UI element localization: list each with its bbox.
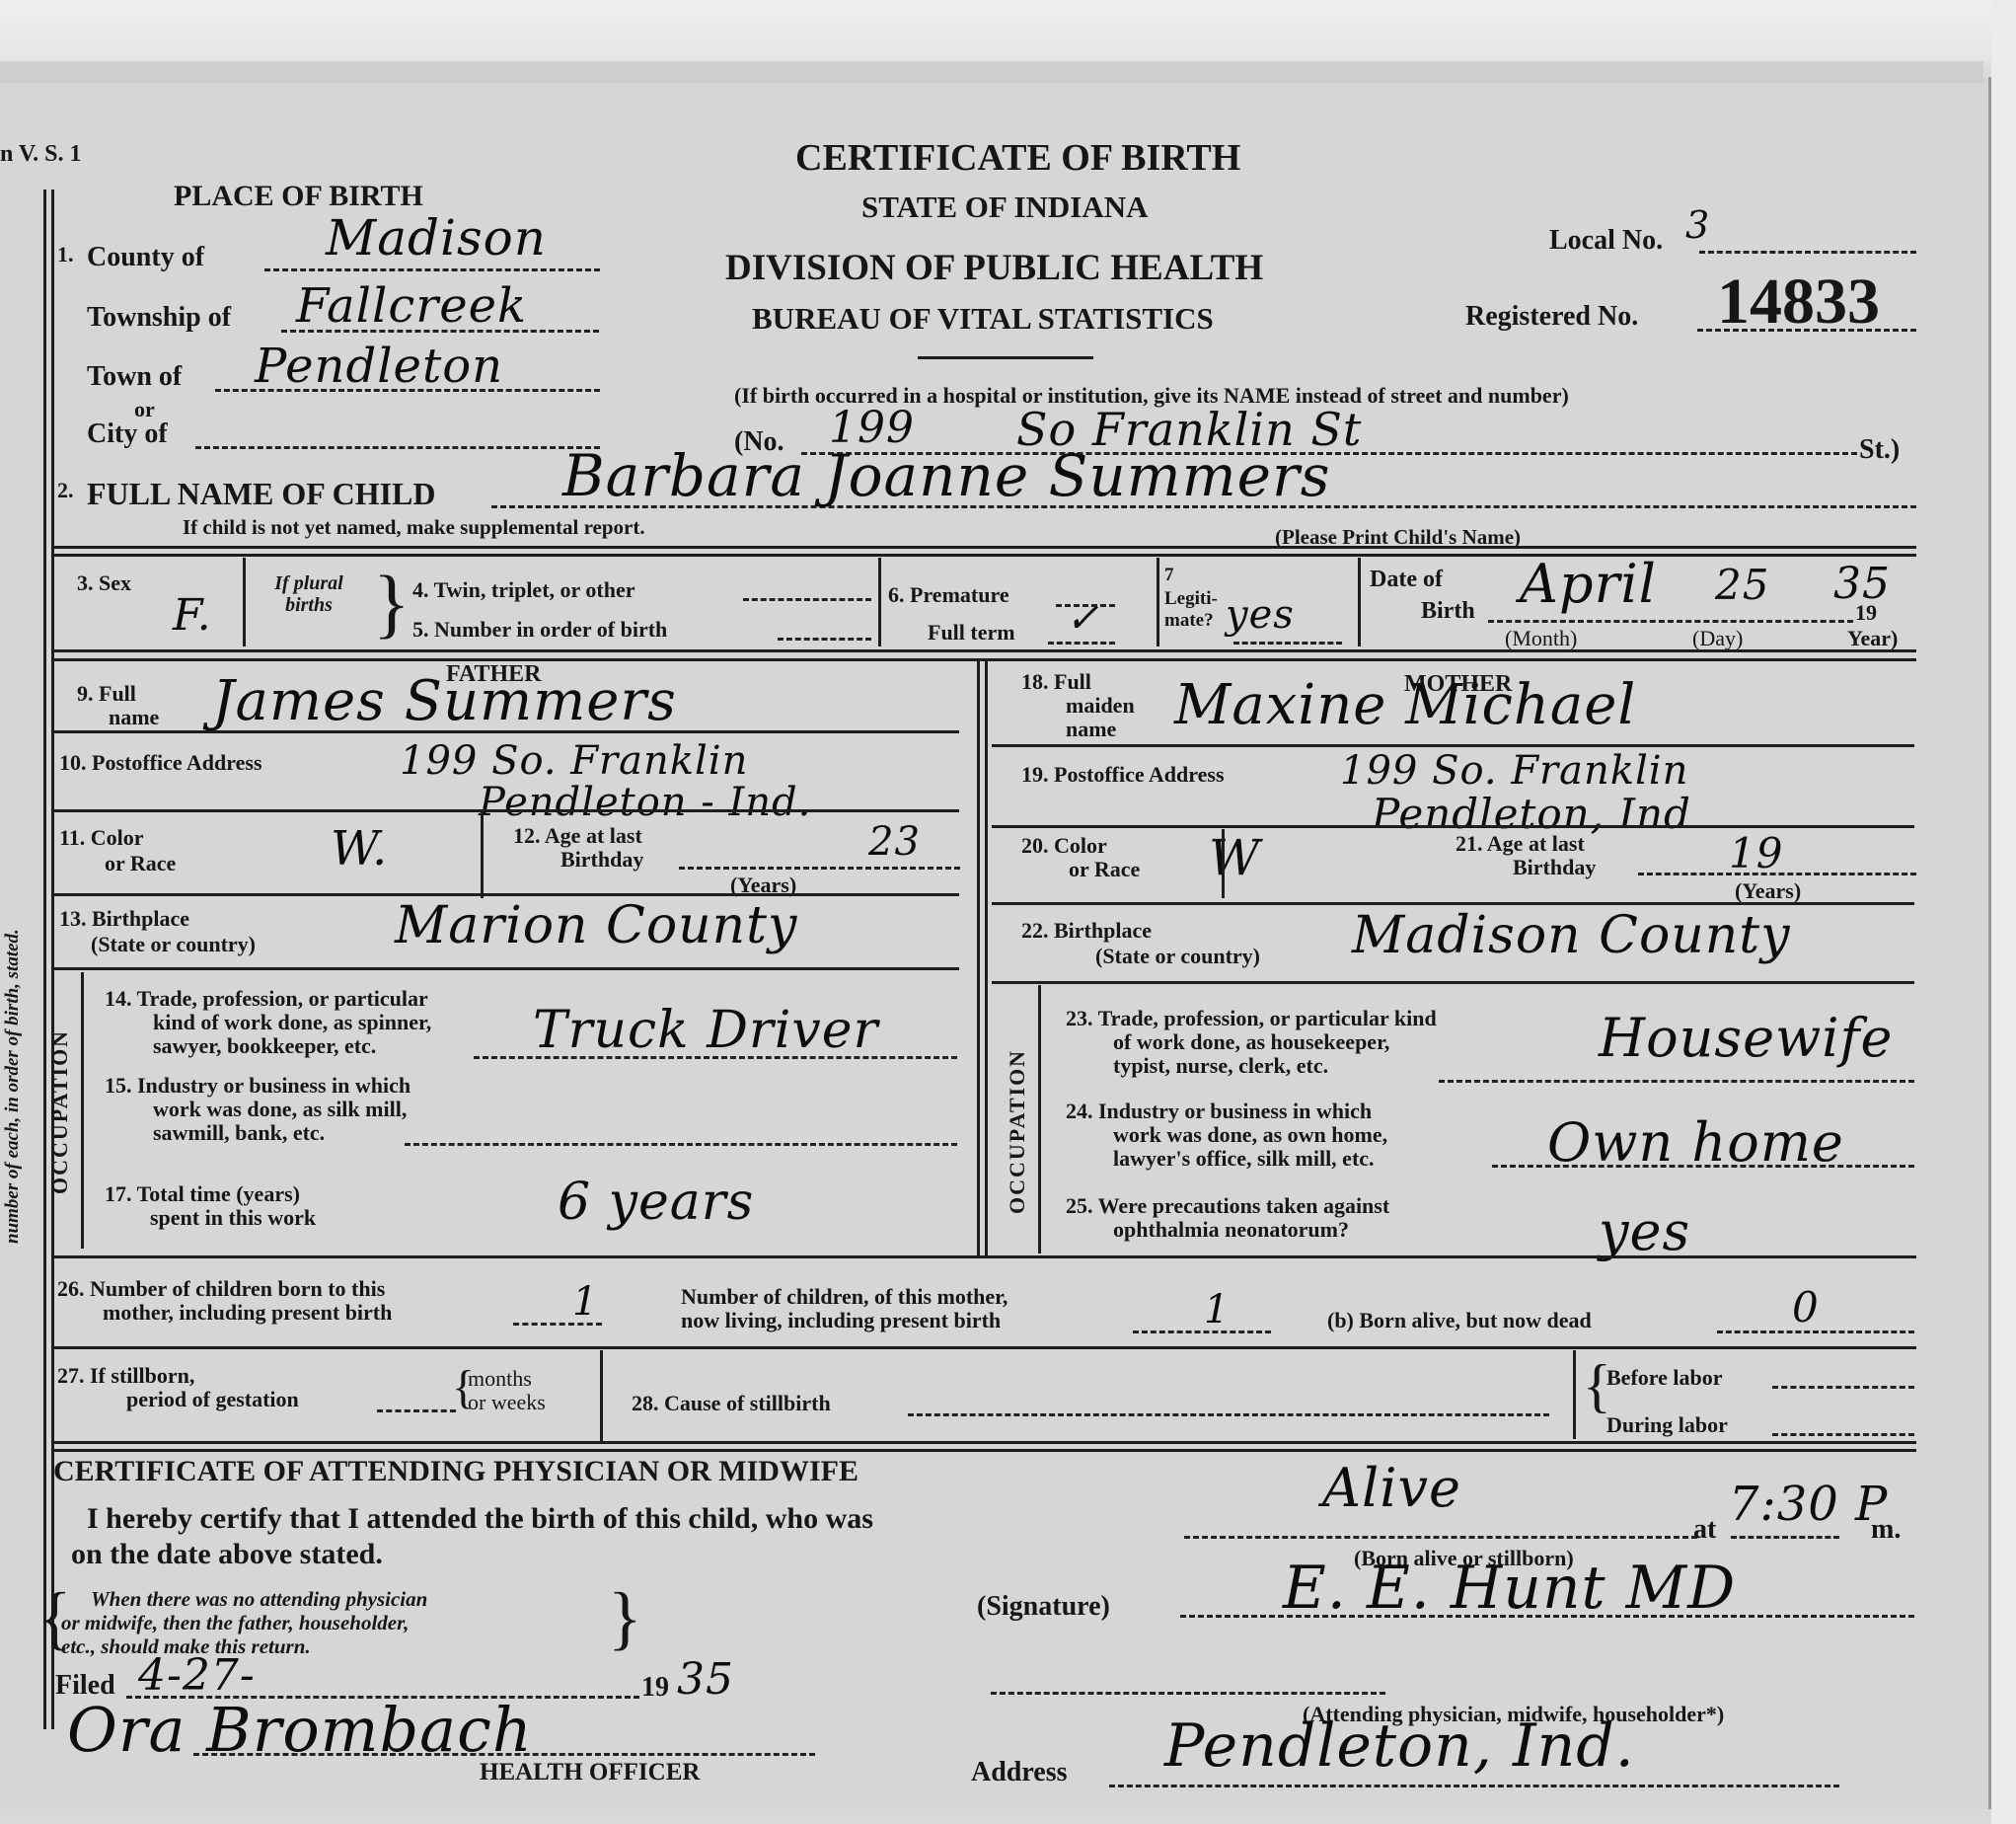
city-label: City of: [87, 418, 168, 450]
children-living-line: [1133, 1330, 1271, 1333]
before-labor-label: Before labor: [1606, 1366, 1723, 1390]
father-name-label-2: name: [109, 705, 159, 730]
state-name: STATE OF INDIANA: [861, 190, 1149, 225]
divider: [81, 972, 84, 1249]
birth-order-label: 5. Number in order of birth: [412, 617, 667, 643]
rule: [51, 649, 1916, 652]
physician-address-value: Pendleton, Ind.: [1164, 1711, 1635, 1781]
mother-name-label-3: name: [1066, 717, 1116, 742]
local-no-line: [1699, 251, 1916, 254]
mother-address-line-1: 199 So. Franklin: [1340, 748, 1688, 794]
birth-time-line: [1731, 1536, 1839, 1539]
place-of-birth-heading: PLACE OF BIRTH: [174, 180, 423, 213]
town-value: Pendleton: [255, 339, 503, 394]
legitimate-label: Legiti- mate?: [1164, 588, 1232, 632]
mother-race-value: W: [1209, 829, 1260, 886]
rule: [51, 967, 959, 970]
rule: [992, 902, 1914, 905]
fullterm-line: [1048, 642, 1115, 645]
meridiem-label: m.: [1871, 1514, 1901, 1546]
paper-top-edge: [0, 61, 1983, 83]
dob-year-value: 35: [1833, 559, 1891, 609]
rule: [51, 809, 959, 812]
margin-note: number of each, in order of birth, state…: [2, 929, 24, 1244]
county-line: [264, 268, 600, 271]
mother-trade-value: Housewife: [1599, 1007, 1894, 1069]
father-trade-value: Truck Driver: [533, 1001, 878, 1060]
child-name-note: If child is not yet named, make suppleme…: [183, 515, 645, 540]
registered-no-label: Registered No.: [1465, 301, 1638, 333]
rule: [992, 981, 1914, 984]
mother-age-label-1: 21. Age at last: [1456, 831, 1585, 857]
child-name-value: Barbara Joanne Summers: [562, 442, 1331, 509]
signature-line-2: [991, 1692, 1385, 1695]
father-age-label-1: 12. Age at last: [513, 823, 642, 849]
frame-left-inner: [51, 190, 54, 1729]
item-number: 1.: [57, 242, 74, 267]
rule: [51, 730, 959, 733]
mother-address-label: 19. Postoffice Address: [1021, 762, 1225, 788]
mother-precaution-label-1: 25. Were precautions taken against: [1066, 1194, 1389, 1218]
father-race-label-1: 11. Color: [59, 825, 144, 851]
children-born-label-2: mother, including present birth: [103, 1301, 392, 1325]
children-born-value: 1: [572, 1279, 598, 1325]
stillbirth-cause-label: 28. Cause of stillbirth: [632, 1392, 831, 1415]
father-race-label-2: or Race: [105, 851, 176, 876]
rule: [992, 825, 1914, 828]
scan-right-margin: [1991, 0, 2016, 1824]
address-label: Address: [971, 1757, 1068, 1788]
birth-order-line: [778, 638, 871, 641]
item-number: 2.: [57, 478, 74, 503]
at-label: at: [1693, 1514, 1716, 1546]
divider: [1573, 1350, 1576, 1439]
father-address-line-1: 199 So. Franklin: [400, 738, 748, 784]
rule: [51, 1449, 1916, 1452]
health-officer-label: HEALTH OFFICER: [480, 1759, 700, 1786]
fullterm-label: Full term: [928, 620, 1015, 646]
county-value: Madison: [326, 209, 547, 266]
rule: [992, 744, 1914, 747]
rule: [51, 546, 1916, 549]
rule: [51, 1441, 1916, 1444]
birth-time-value: 7:30 P: [1729, 1477, 1888, 1532]
father-trade-label-2: kind of work done, as spinner,: [153, 1011, 431, 1034]
year-caption: Year): [1847, 626, 1898, 651]
father-time-label-2: spent in this work: [150, 1206, 316, 1230]
legitimate-item-no: 7: [1164, 565, 1174, 586]
gestation-line: [377, 1409, 456, 1412]
filed-year-prefix: 19: [641, 1672, 669, 1704]
dob-label-1: Date of: [1370, 567, 1443, 593]
county-label: County of: [87, 242, 204, 273]
father-birthplace-label-1: 13. Birthplace: [59, 906, 189, 932]
father-occupation-heading: OCCUPATION: [47, 1029, 73, 1194]
twin-line: [743, 598, 871, 601]
father-name-value: James Summers: [212, 669, 677, 733]
mother-name-value: Maxine Michael: [1174, 673, 1636, 737]
before-labor-line: [1772, 1386, 1914, 1389]
birth-status-line: [1184, 1536, 1697, 1539]
plural-births-label: If plural births: [255, 572, 363, 616]
mother-name-label-1: 18. Full: [1021, 669, 1091, 695]
during-labor-line: [1772, 1433, 1914, 1436]
weeks-label: or weeks: [468, 1390, 546, 1415]
certify-statement-1: I hereby certify that I attended the bir…: [87, 1502, 873, 1536]
address-line: [1109, 1785, 1839, 1787]
father-age-label-2: Birthday: [560, 847, 643, 873]
city-line: [195, 446, 600, 449]
no-physician-note-1: When there was no attending physician: [91, 1587, 427, 1612]
fullterm-value: ✓: [1066, 596, 1100, 642]
mother-race-label-1: 20. Color: [1021, 833, 1107, 859]
mother-precaution-value: yes: [1599, 1200, 1690, 1262]
rule: [51, 658, 1916, 661]
rule: [51, 1255, 1916, 1258]
division-name: DIVISION OF PUBLIC HEALTH: [725, 247, 1263, 289]
legitimate-line: [1233, 642, 1342, 645]
father-address-label: 10. Postoffice Address: [59, 750, 262, 776]
parent-column-divider: [977, 659, 980, 1256]
sex-label: 3. Sex: [77, 570, 131, 596]
certify-statement-2: on the date above stated.: [71, 1538, 383, 1571]
divider: [481, 811, 484, 898]
mother-years-caption: (Years): [1735, 878, 1801, 904]
brace-icon: }: [608, 1577, 642, 1659]
sex-value: F.: [173, 590, 212, 641]
signature-label: (Signature): [977, 1591, 1110, 1623]
certificate-title: CERTIFICATE OF BIRTH: [795, 136, 1240, 180]
divider: [1038, 985, 1041, 1254]
mother-industry-label-2: work was done, as own home,: [1113, 1123, 1387, 1147]
frame-left-outer: [43, 190, 46, 1729]
mother-industry-label-1: 24. Industry or business in which: [1066, 1100, 1372, 1123]
month-caption: (Month): [1505, 626, 1577, 651]
dob-label-2: Birth: [1421, 598, 1475, 625]
day-caption: (Day): [1692, 626, 1743, 651]
born-alive-now-dead-label: (b) Born alive, but now dead: [1327, 1309, 1592, 1332]
divider: [1157, 558, 1159, 646]
brace-icon: }: [373, 559, 410, 647]
form-id: n V. S. 1: [0, 141, 82, 168]
father-time-value: 6 years: [558, 1173, 754, 1232]
dob-month-value: April: [1520, 553, 1657, 615]
twin-label: 4. Twin, triplet, or other: [412, 577, 635, 603]
premature-text: Premature: [910, 582, 1009, 607]
stillborn-label-1: 27. If stillborn,: [57, 1364, 194, 1388]
born-alive-now-dead-value: 0: [1792, 1283, 1820, 1331]
during-labor-label: During labor: [1606, 1413, 1728, 1437]
father-time-label-1: 17. Total time (years): [105, 1182, 300, 1206]
birth-status-value: Alive: [1322, 1457, 1461, 1519]
mother-industry-label-3: lawyer's office, silk mill, etc.: [1113, 1147, 1375, 1171]
father-age-line: [679, 867, 960, 870]
dob-line: [1488, 620, 1853, 623]
mother-race-label-2: or Race: [1069, 857, 1140, 882]
header-rule: [918, 356, 1093, 359]
divider: [1222, 829, 1225, 898]
children-living-label-2: now living, including present birth: [681, 1309, 1001, 1332]
mother-age-label-2: Birthday: [1513, 855, 1596, 880]
dob-day-value: 25: [1715, 561, 1769, 609]
father-birthplace-value: Marion County: [395, 896, 797, 955]
rule: [51, 1346, 1916, 1349]
father-industry-label-1: 15. Industry or business in which: [105, 1074, 411, 1098]
no-physician-note-2: or midwife, then the father, householder…: [61, 1611, 409, 1635]
divider: [243, 558, 246, 646]
parent-column-divider: [985, 659, 988, 1256]
mother-birthplace-label-1: 22. Birthplace: [1021, 918, 1152, 944]
local-no-label: Local No.: [1549, 225, 1663, 257]
legitimate-value: yes: [1226, 592, 1295, 638]
local-no-value: 3: [1685, 203, 1710, 247]
physician-signature: E. E. Hunt MD: [1283, 1554, 1736, 1623]
father-trade-label-1: 14. Trade, profession, or particular: [105, 987, 428, 1011]
mother-precaution-label-2: ophthalmia neonatorum?: [1113, 1218, 1349, 1242]
children-living-value: 1: [1204, 1287, 1230, 1332]
township-value: Fallcreek: [296, 278, 527, 334]
item-number: 6.: [888, 582, 905, 607]
mother-birthplace-value: Madison County: [1352, 906, 1791, 965]
child-name-label: FULL NAME OF CHILD: [87, 476, 436, 512]
township-label: Township of: [87, 302, 231, 334]
divider: [600, 1350, 603, 1441]
mother-name-label-2: maiden: [1066, 693, 1135, 719]
mother-occupation-heading: OCCUPATION: [1005, 1049, 1030, 1214]
stillborn-label-2: period of gestation: [126, 1388, 299, 1411]
divider: [1358, 558, 1361, 646]
father-birthplace-label-2: (State or country): [91, 932, 256, 957]
father-address-line-2: Pendleton - Ind.: [479, 780, 811, 825]
health-officer-line: [193, 1753, 815, 1756]
children-born-label-1: 26. Number of children born to this: [57, 1277, 385, 1301]
months-label: months: [468, 1366, 532, 1392]
stillbirth-cause-line: [908, 1413, 1549, 1416]
mother-trade-label-3: typist, nurse, clerk, etc.: [1113, 1054, 1328, 1078]
registered-no-value: 14833: [1717, 265, 1880, 340]
mother-trade-label-1: 23. Trade, profession, or particular kin…: [1066, 1007, 1437, 1030]
mother-age-value: 19: [1729, 829, 1783, 877]
father-trade-label-3: sawyer, bookkeeper, etc.: [153, 1034, 376, 1058]
mother-trade-line: [1439, 1080, 1914, 1083]
father-race-value: W.: [331, 821, 388, 876]
filed-year-value: 35: [677, 1654, 734, 1705]
father-name-label-1: 9. Full: [77, 681, 136, 707]
father-industry-label-2: work was done, as silk mill,: [153, 1098, 407, 1121]
premature-label: 6. Premature: [888, 582, 1009, 608]
street-suffix: St.): [1859, 434, 1900, 466]
mother-trade-label-2: of work done, as housekeeper,: [1113, 1030, 1389, 1054]
divider: [878, 558, 881, 646]
mother-birthplace-label-2: (State or country): [1095, 944, 1260, 969]
father-industry-line: [405, 1143, 957, 1146]
father-industry-label-3: sawmill, bank, etc.: [153, 1121, 325, 1145]
children-living-label-1: Number of children, of this mother,: [681, 1285, 1008, 1309]
father-age-value: 23: [868, 819, 921, 865]
mother-industry-value: Own home: [1547, 1111, 1844, 1174]
town-label: Town of: [87, 361, 182, 393]
physician-certificate-heading: CERTIFICATE OF ATTENDING PHYSICIAN OR MI…: [53, 1455, 859, 1488]
bureau-name: BUREAU OF VITAL STATISTICS: [752, 301, 1214, 337]
